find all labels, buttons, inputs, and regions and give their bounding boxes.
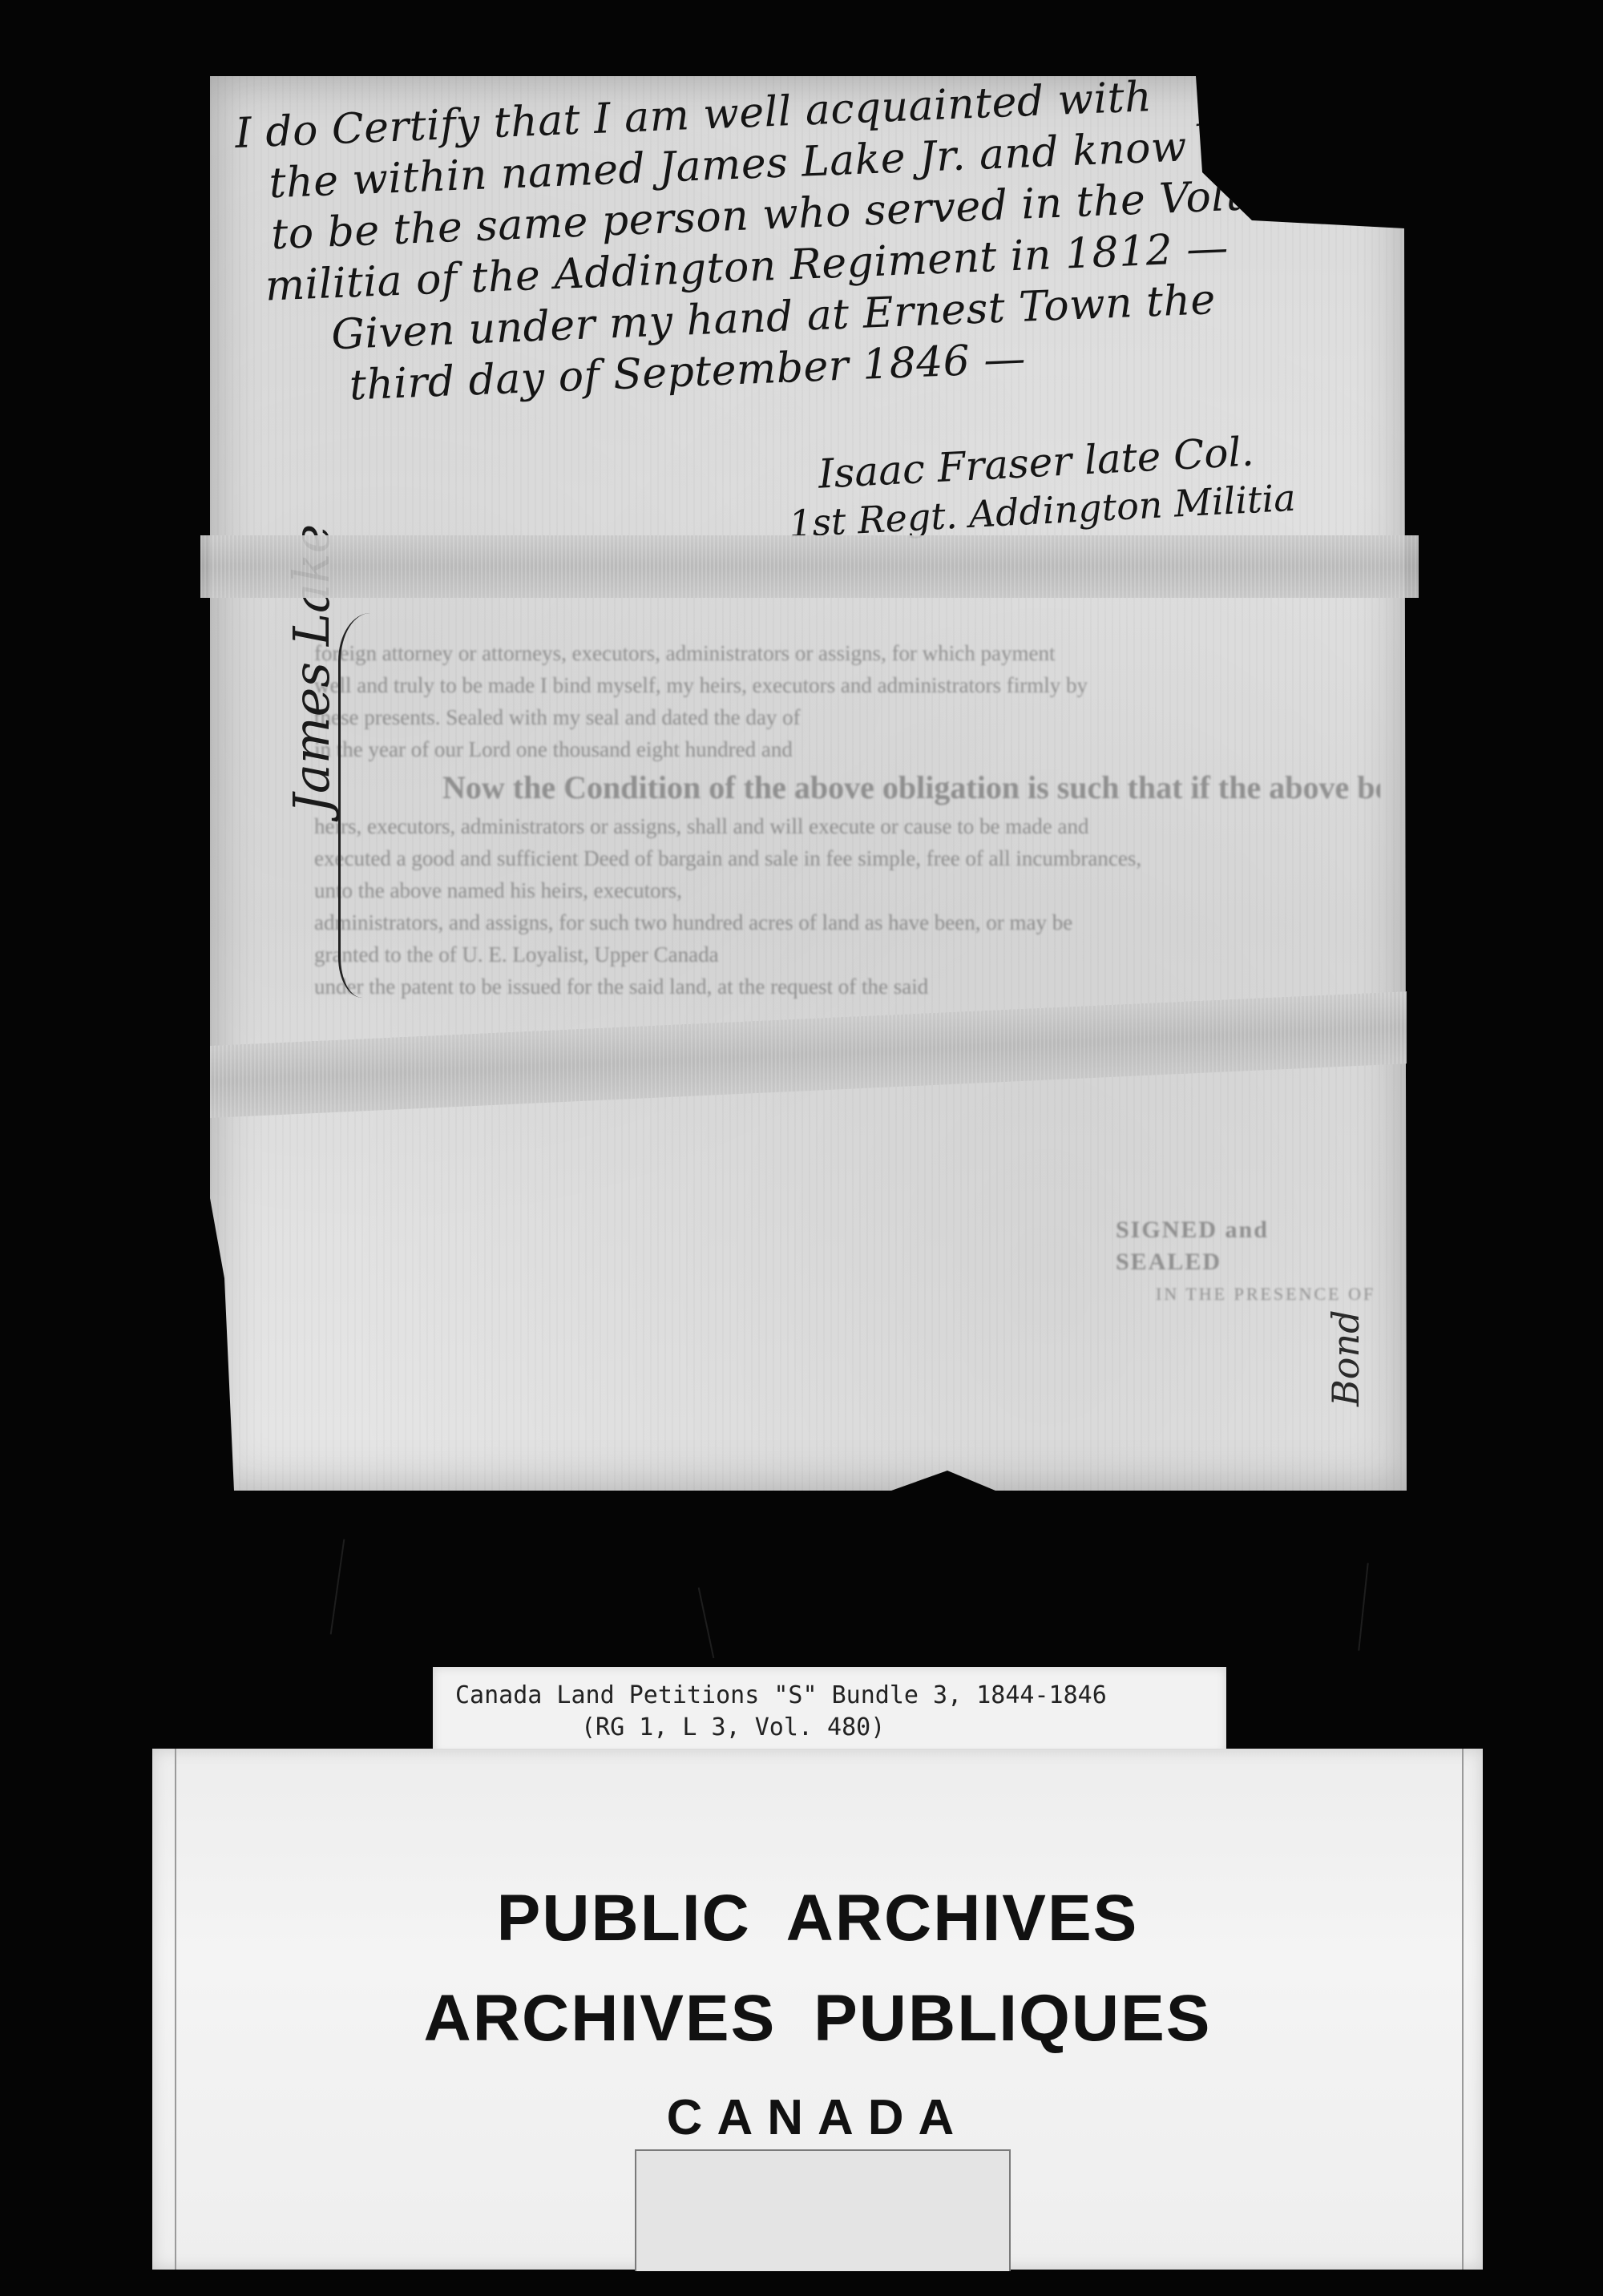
presence-label: IN THE PRESENCE OF: [1156, 1278, 1375, 1310]
brace-mark: [338, 613, 373, 998]
card-tab: [635, 2149, 1011, 2271]
form-line: well and truly to be made I bind myself,…: [314, 669, 1380, 701]
tape-strip: [200, 535, 1419, 598]
film-scratch: [698, 1588, 715, 1658]
handwritten-certificate: I do Certify that I am well acquainted w…: [234, 62, 1399, 415]
archives-country: CANADA: [152, 2089, 1483, 2146]
archives-title-fr: ARCHIVES PUBLIQUES: [152, 1981, 1483, 2056]
printed-bond-form: foreign attorney or attorneys, executors…: [314, 637, 1380, 1003]
docket-note: Bond: [1324, 1309, 1367, 1406]
form-heading: Now the Condition of the above obligatio…: [314, 765, 1380, 810]
film-scratch: [1358, 1563, 1368, 1651]
catalogue-label: Canada Land Petitions "S" Bundle 3, 1844…: [433, 1667, 1226, 1755]
film-scratch: [330, 1539, 345, 1634]
form-line: administrators, and assigns, for such tw…: [314, 906, 1380, 938]
document-sheet: 165d I do Certify that I am well acquain…: [210, 76, 1407, 1491]
catalogue-title: Canada Land Petitions "S" Bundle 3, 1844…: [455, 1681, 1249, 1709]
form-line: granted to the of U. E. Loyalist, Upper …: [314, 938, 1380, 970]
signature-block: Isaac Fraser late Col. 1st Regt. Addingt…: [785, 421, 1398, 546]
catalogue-reference: (RG 1, L 3, Vol. 480): [581, 1713, 1375, 1741]
archives-card: PUBLIC ARCHIVES ARCHIVES PUBLIQUES CANAD…: [152, 1749, 1483, 2270]
form-line: foreign attorney or attorneys, executors…: [314, 637, 1380, 669]
form-line: in the year of our Lord one thousand eig…: [314, 733, 1380, 765]
form-line: executed a good and sufficient Deed of b…: [314, 842, 1380, 874]
form-line: heirs, executors, administrators or assi…: [314, 810, 1380, 842]
signed-sealed-label: SIGNED and SEALED: [1116, 1214, 1380, 1278]
form-line: unto the above named his heirs, executor…: [314, 874, 1380, 906]
form-line: under the patent to be issued for the sa…: [314, 970, 1380, 1003]
archives-title-en: PUBLIC ARCHIVES: [152, 1881, 1483, 1956]
form-line: these presents. Sealed with my seal and …: [314, 701, 1380, 733]
folio-number: 165d: [1189, 79, 1296, 135]
